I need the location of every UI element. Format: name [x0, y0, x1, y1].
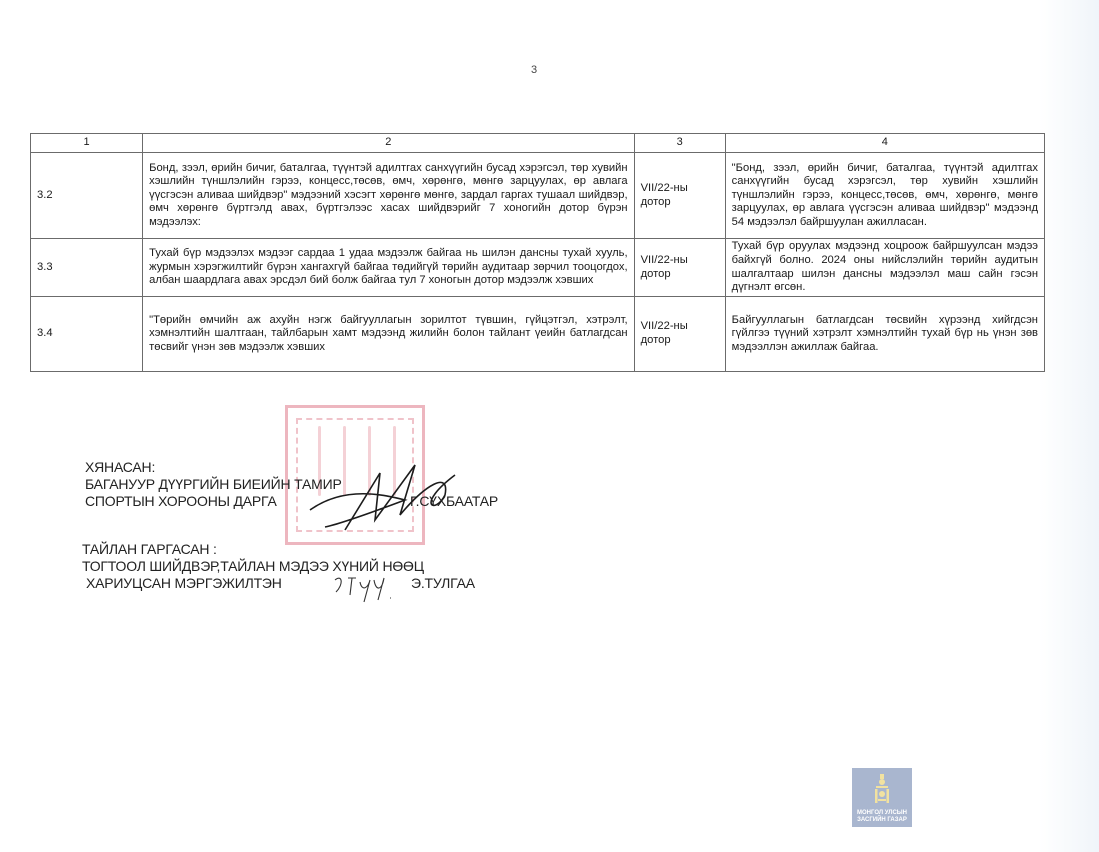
row-id: 3.4 [31, 297, 143, 372]
row-deadline: VII/22-ны дотор [634, 239, 725, 297]
logo-line2: ЗАСГИЙН ГАЗАР [852, 817, 912, 824]
scan-edge-shade [1039, 0, 1099, 852]
preparer-signature-icon [330, 570, 400, 605]
row-deadline: VII/22-ны дотор [634, 153, 725, 239]
report-table: 1 2 3 4 3.2 Бонд, зээл, өрийн бичиг, бат… [30, 133, 1045, 372]
row-result: Тухай бүр оруулах мэдээнд хоцроож байршу… [725, 239, 1044, 297]
row-id: 3.2 [31, 153, 143, 239]
row-deadline: VII/22-ны дотор [634, 297, 725, 372]
approval-title-line2: СПОРТЫН ХОРООНЫ ДАРГА [85, 493, 342, 510]
approval-block: ХЯНАСАН: БАГАНУУР ДҮҮРГИЙН БИЕИЙН ТАМИР … [85, 459, 342, 510]
column-header-4: 4 [725, 134, 1044, 153]
table-header-row: 1 2 3 4 [31, 134, 1045, 153]
prepared-heading: ТАЙЛАН ГАРГАСАН : [82, 541, 424, 558]
approval-heading: ХЯНАСАН: [85, 459, 342, 476]
table-row: 3.3 Тухай бүр мэдээлэх мэдээг сардаа 1 у… [31, 239, 1045, 297]
preparer-name: Э.ТУЛГАА [411, 575, 475, 592]
table-row: 3.2 Бонд, зээл, өрийн бичиг, баталгаа, т… [31, 153, 1045, 239]
table-row: 3.4 "Төрийн өмчийн аж ахуйн нэгж байгуул… [31, 297, 1045, 372]
approval-title-line1: БАГАНУУР ДҮҮРГИЙН БИЕИЙН ТАМИР [85, 476, 342, 493]
approver-signature-icon [305, 455, 465, 535]
logo-line1: МОНГОЛ УЛСЫН [852, 810, 912, 817]
row-task: Бонд, зээл, өрийн бичиг, баталгаа, түүнт… [143, 153, 634, 239]
column-header-3: 3 [634, 134, 725, 153]
row-task: "Төрийн өмчийн аж ахуйн нэгж байгууллагы… [143, 297, 634, 372]
column-header-1: 1 [31, 134, 143, 153]
row-result: Байгууллагын батлагдсан төсвийн хүрээнд … [725, 297, 1044, 372]
row-result: "Бонд, зээл, өрийн бичиг, баталгаа, түүн… [725, 153, 1044, 239]
soyombo-emblem-icon [873, 774, 891, 804]
page-number: 3 [531, 64, 537, 76]
row-id: 3.3 [31, 239, 143, 297]
row-task: Тухай бүр мэдээлэх мэдээг сардаа 1 удаа … [143, 239, 634, 297]
mongolian-government-logo: МОНГОЛ УЛСЫН ЗАСГИЙН ГАЗАР [852, 768, 912, 827]
column-header-2: 2 [143, 134, 634, 153]
